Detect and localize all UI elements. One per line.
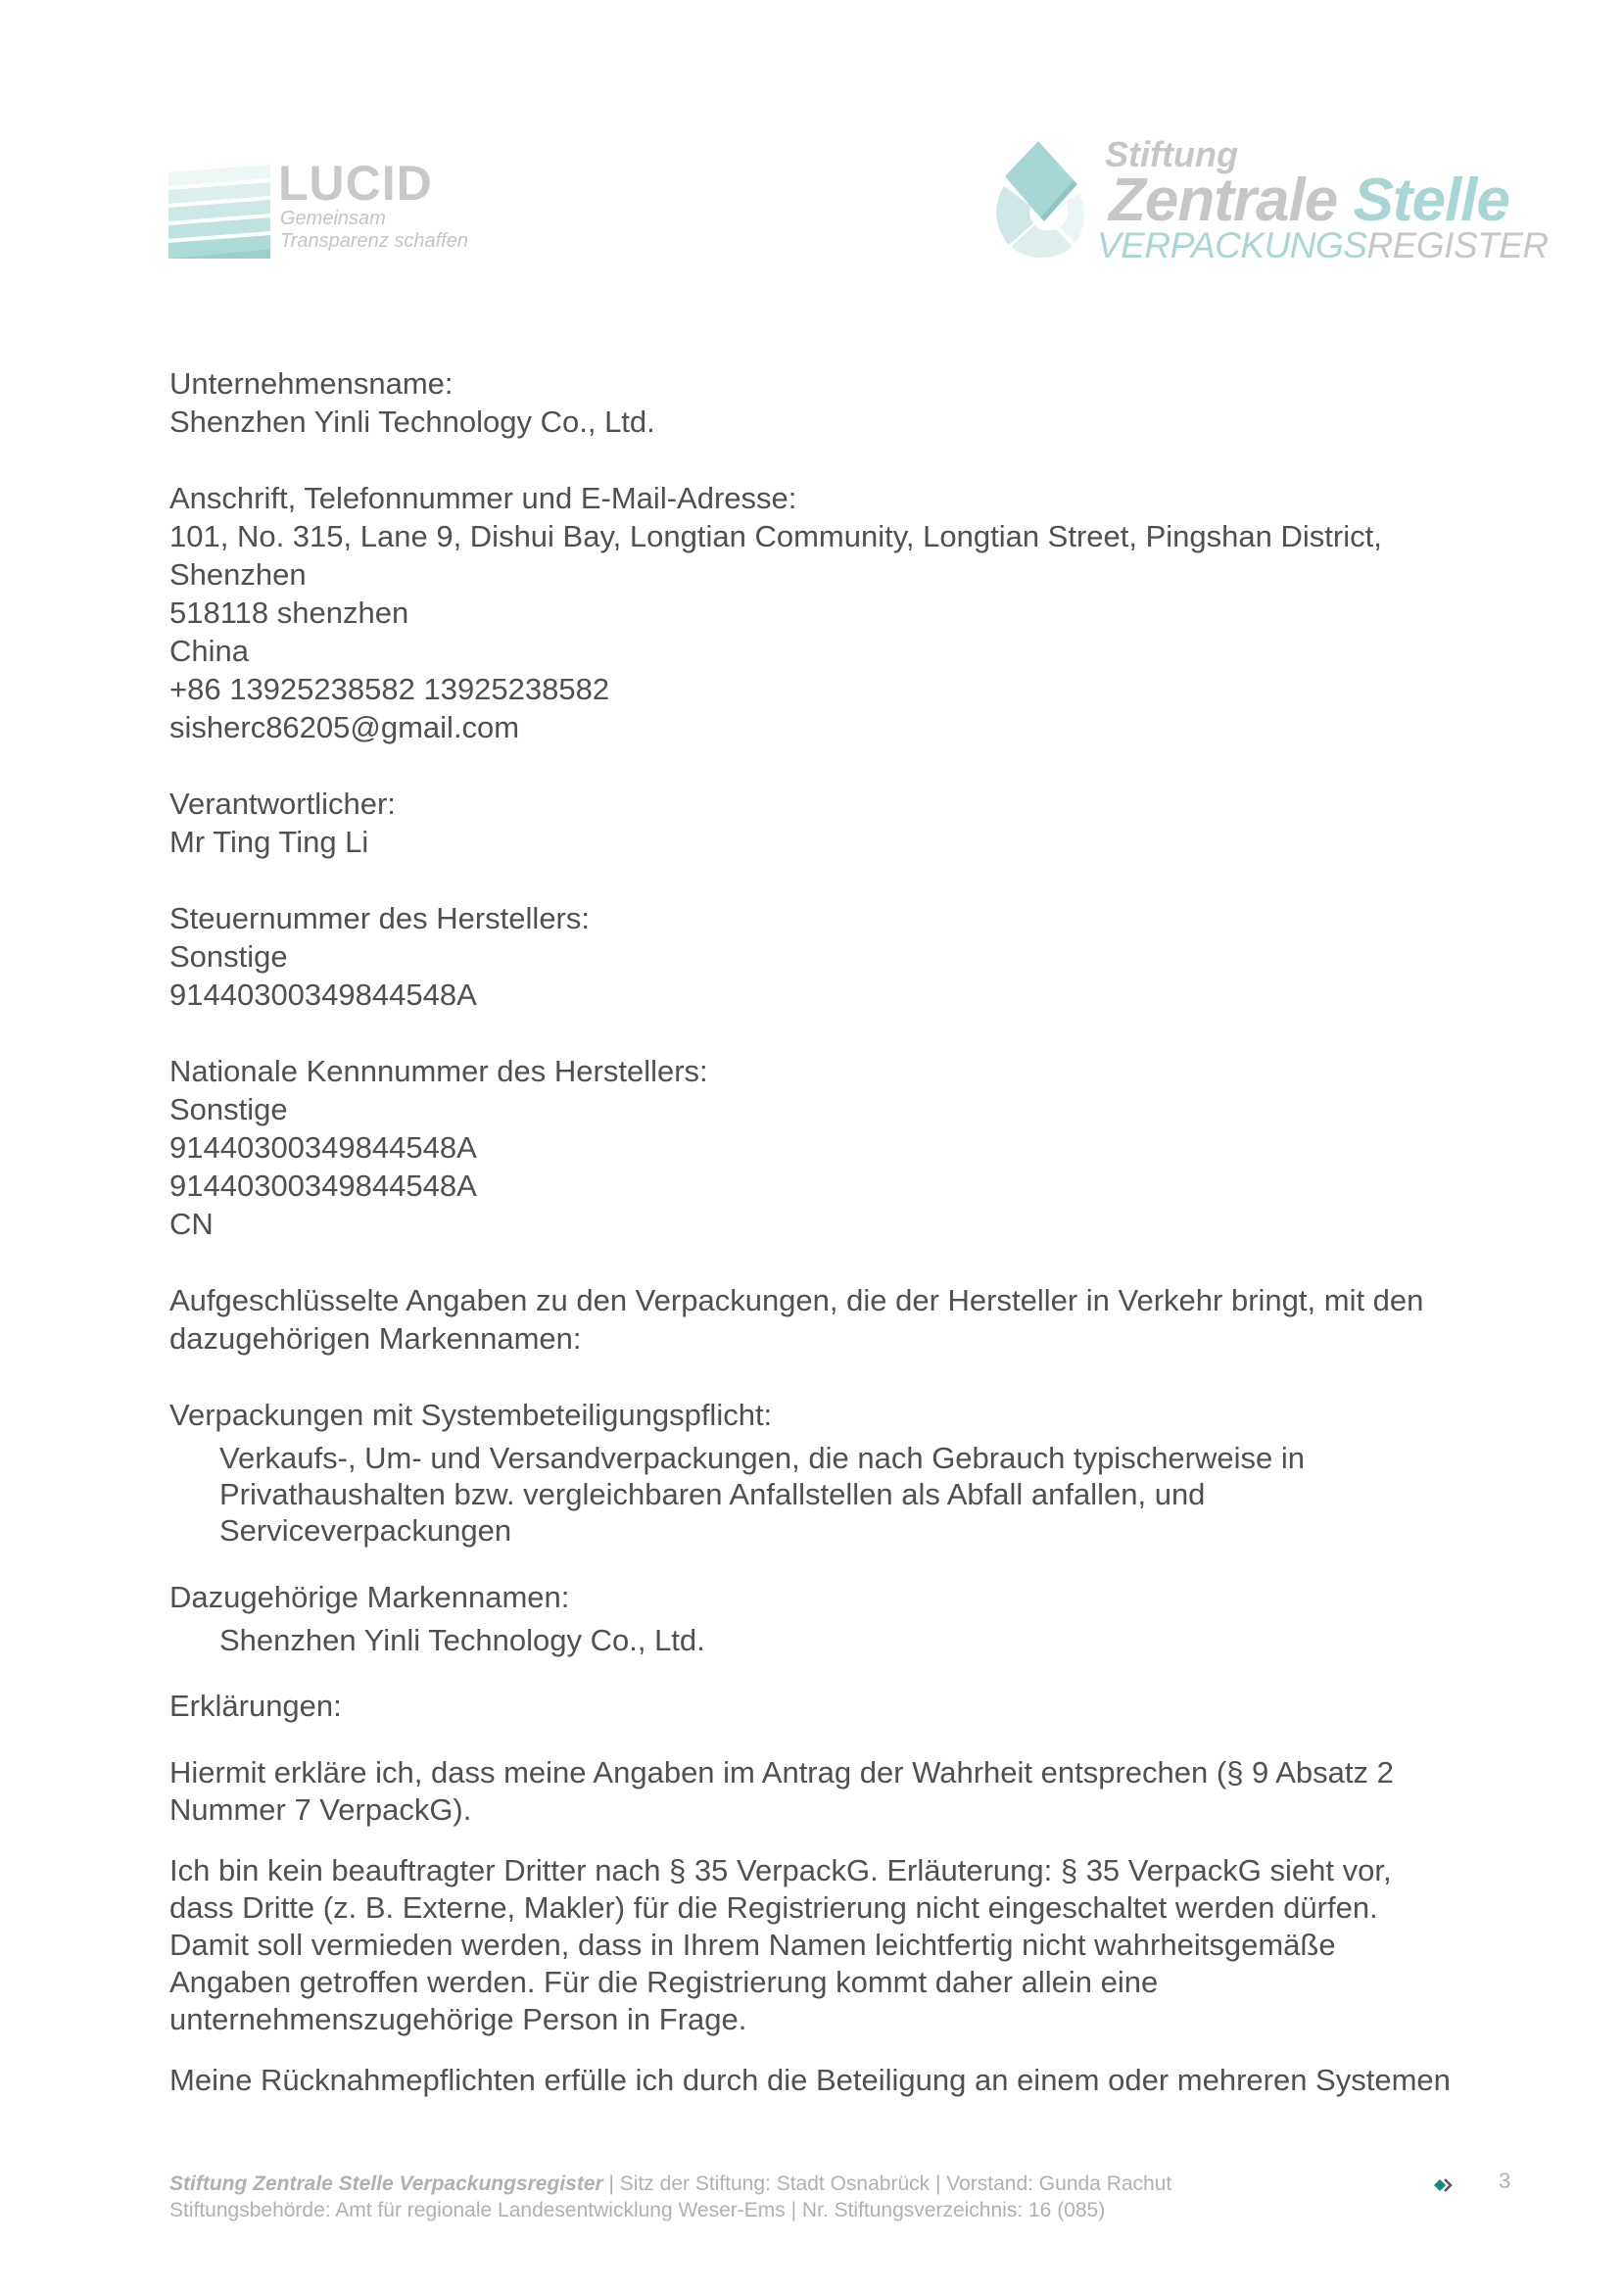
page-footer: Stiftung Zentrale Stelle Verpackungsregi… — [169, 2171, 1541, 2223]
packaging-intro: Aufgeschlüsselte Angaben zu den Verpacku… — [169, 1281, 1502, 1358]
declaration-truthfulness: Hiermit erkläre ich, dass meine Angaben … — [169, 1754, 1502, 1829]
declaration2-line4: Angaben getroffen werden. Für die Regist… — [169, 1964, 1502, 2001]
contact-label: Anschrift, Telefonnummer und E-Mail-Adre… — [169, 479, 1502, 517]
zsvr-stelle: Stelle — [1353, 167, 1508, 234]
lucid-logo: LUCID Gemeinsam Transparenz schaffen — [168, 159, 492, 262]
declaration3-line1: Meine Rücknahmepflichten erfülle ich dur… — [169, 2062, 1502, 2099]
declarations-label: Erklärungen: — [169, 1688, 1502, 1725]
national-id-type: Sonstige — [169, 1090, 1502, 1128]
zsvr-emblem-icon — [989, 137, 1097, 264]
zsvr-logo: Stiftung Zentrale Stelle VERPACKUNGSREGI… — [989, 133, 1538, 270]
responsible-value: Mr Ting Ting Li — [169, 823, 1502, 861]
postal-city: 518118 shenzhen — [169, 594, 1502, 632]
system-packaging-line3: Serviceverpackungen — [219, 1512, 1502, 1549]
address-line1: 101, No. 315, Lane 9, Dishui Bay, Longti… — [169, 517, 1502, 555]
system-packaging-section: Verpackungen mit Systembeteiligungspflic… — [169, 1396, 1502, 1549]
declaration2-line3: Damit soll vermieden werden, dass in Ihr… — [169, 1927, 1502, 1964]
national-id-label: Nationale Kennnummer des Herstellers: — [169, 1052, 1502, 1090]
footer-org-name: Stiftung Zentrale Stelle Verpackungsregi… — [169, 2172, 603, 2195]
declaration2-line2: dass Dritte (z. B. Externe, Makler) für … — [169, 1889, 1502, 1927]
tax-number-value: 91440300349844548A — [169, 976, 1502, 1014]
company-name-section: Unternehmensname: Shenzhen Yinli Technol… — [169, 364, 1502, 441]
company-name-value: Shenzhen Yinli Technology Co., Ltd. — [169, 403, 1502, 441]
layered-stack-icon — [168, 165, 270, 259]
declaration2-line1: Ich bin kein beauftragter Dritter nach §… — [169, 1852, 1502, 1889]
email: sisherc86205@gmail.com — [169, 708, 1502, 746]
next-page-diamond-icon[interactable] — [1433, 2174, 1457, 2196]
contact-section: Anschrift, Telefonnummer und E-Mail-Adre… — [169, 479, 1502, 746]
declaration1-line2: Nummer 7 VerpackG). — [169, 1791, 1502, 1829]
footer-line1: Stiftung Zentrale Stelle Verpackungsregi… — [169, 2171, 1541, 2197]
phone: +86 13925238582 13925238582 — [169, 670, 1502, 708]
tax-number-type: Sonstige — [169, 937, 1502, 976]
declarations-heading: Erklärungen: — [169, 1688, 1502, 1725]
national-id-value1: 91440300349844548A — [169, 1128, 1502, 1167]
brands-section: Dazugehörige Markennamen: Shenzhen Yinli… — [169, 1578, 1502, 1658]
national-id-country: CN — [169, 1205, 1502, 1243]
zsvr-zentrale: Zentrale — [1109, 167, 1337, 234]
address-line2: Shenzhen — [169, 555, 1502, 594]
lucid-tagline-line2: Transparenz schaffen — [280, 230, 468, 253]
brands-label: Dazugehörige Markennamen: — [169, 1578, 1502, 1616]
tax-number-section: Steuernummer des Herstellers: Sonstige 9… — [169, 899, 1502, 1014]
system-packaging-label: Verpackungen mit Systembeteiligungspflic… — [169, 1396, 1502, 1434]
declaration1-line1: Hiermit erkläre ich, dass meine Angaben … — [169, 1754, 1502, 1791]
footer-line1-details: | Sitz der Stiftung: Stadt Osnabrück | V… — [603, 2172, 1172, 2195]
company-name-label: Unternehmensname: — [169, 364, 1502, 403]
national-id-section: Nationale Kennnummer des Herstellers: So… — [169, 1052, 1502, 1243]
zsvr-zentrale-stelle-text: Zentrale Stelle — [1109, 170, 1509, 231]
system-packaging-line1: Verkaufs-, Um- und Versandverpackungen, … — [219, 1440, 1502, 1476]
footer-line2: Stiftungsbehörde: Amt für regionale Land… — [169, 2197, 1541, 2223]
lucid-tagline: Gemeinsam Transparenz schaffen — [280, 208, 468, 253]
packaging-intro-line2: dazugehörigen Markennamen: — [169, 1319, 1502, 1358]
national-id-value2: 91440300349844548A — [169, 1167, 1502, 1205]
document-body: Unternehmensname: Shenzhen Yinli Technol… — [169, 364, 1502, 2123]
declaration-no-third-party: Ich bin kein beauftragter Dritter nach §… — [169, 1852, 1502, 2038]
packaging-intro-line1: Aufgeschlüsselte Angaben zu den Verpacku… — [169, 1281, 1502, 1319]
lucid-wordmark: LUCID — [278, 159, 433, 208]
country: China — [169, 632, 1502, 670]
responsible-section: Verantwortlicher: Mr Ting Ting Li — [169, 785, 1502, 861]
responsible-label: Verantwortlicher: — [169, 785, 1502, 823]
zsvr-register-text: VERPACKUNGSREGISTER — [1097, 227, 1549, 263]
page-number: 3 — [1499, 2169, 1510, 2194]
lucid-tagline-line1: Gemeinsam — [280, 208, 468, 230]
tax-number-label: Steuernummer des Herstellers: — [169, 899, 1502, 937]
system-packaging-description: Verkaufs-, Um- und Versandverpackungen, … — [169, 1440, 1502, 1549]
declaration-take-back: Meine Rücknahmepflichten erfülle ich dur… — [169, 2062, 1502, 2099]
brands-list: Shenzhen Yinli Technology Co., Ltd. — [169, 1622, 1502, 1658]
declaration2-line5: unternehmenszugehörige Person in Frage. — [169, 2001, 1502, 2038]
zsvr-register: REGISTER — [1367, 225, 1549, 265]
brand-name: Shenzhen Yinli Technology Co., Ltd. — [219, 1622, 1502, 1658]
system-packaging-line2: Privathaushalten bzw. vergleichbaren Anf… — [219, 1476, 1502, 1512]
zsvr-verpackungs: VERPACKUNGS — [1097, 225, 1367, 265]
